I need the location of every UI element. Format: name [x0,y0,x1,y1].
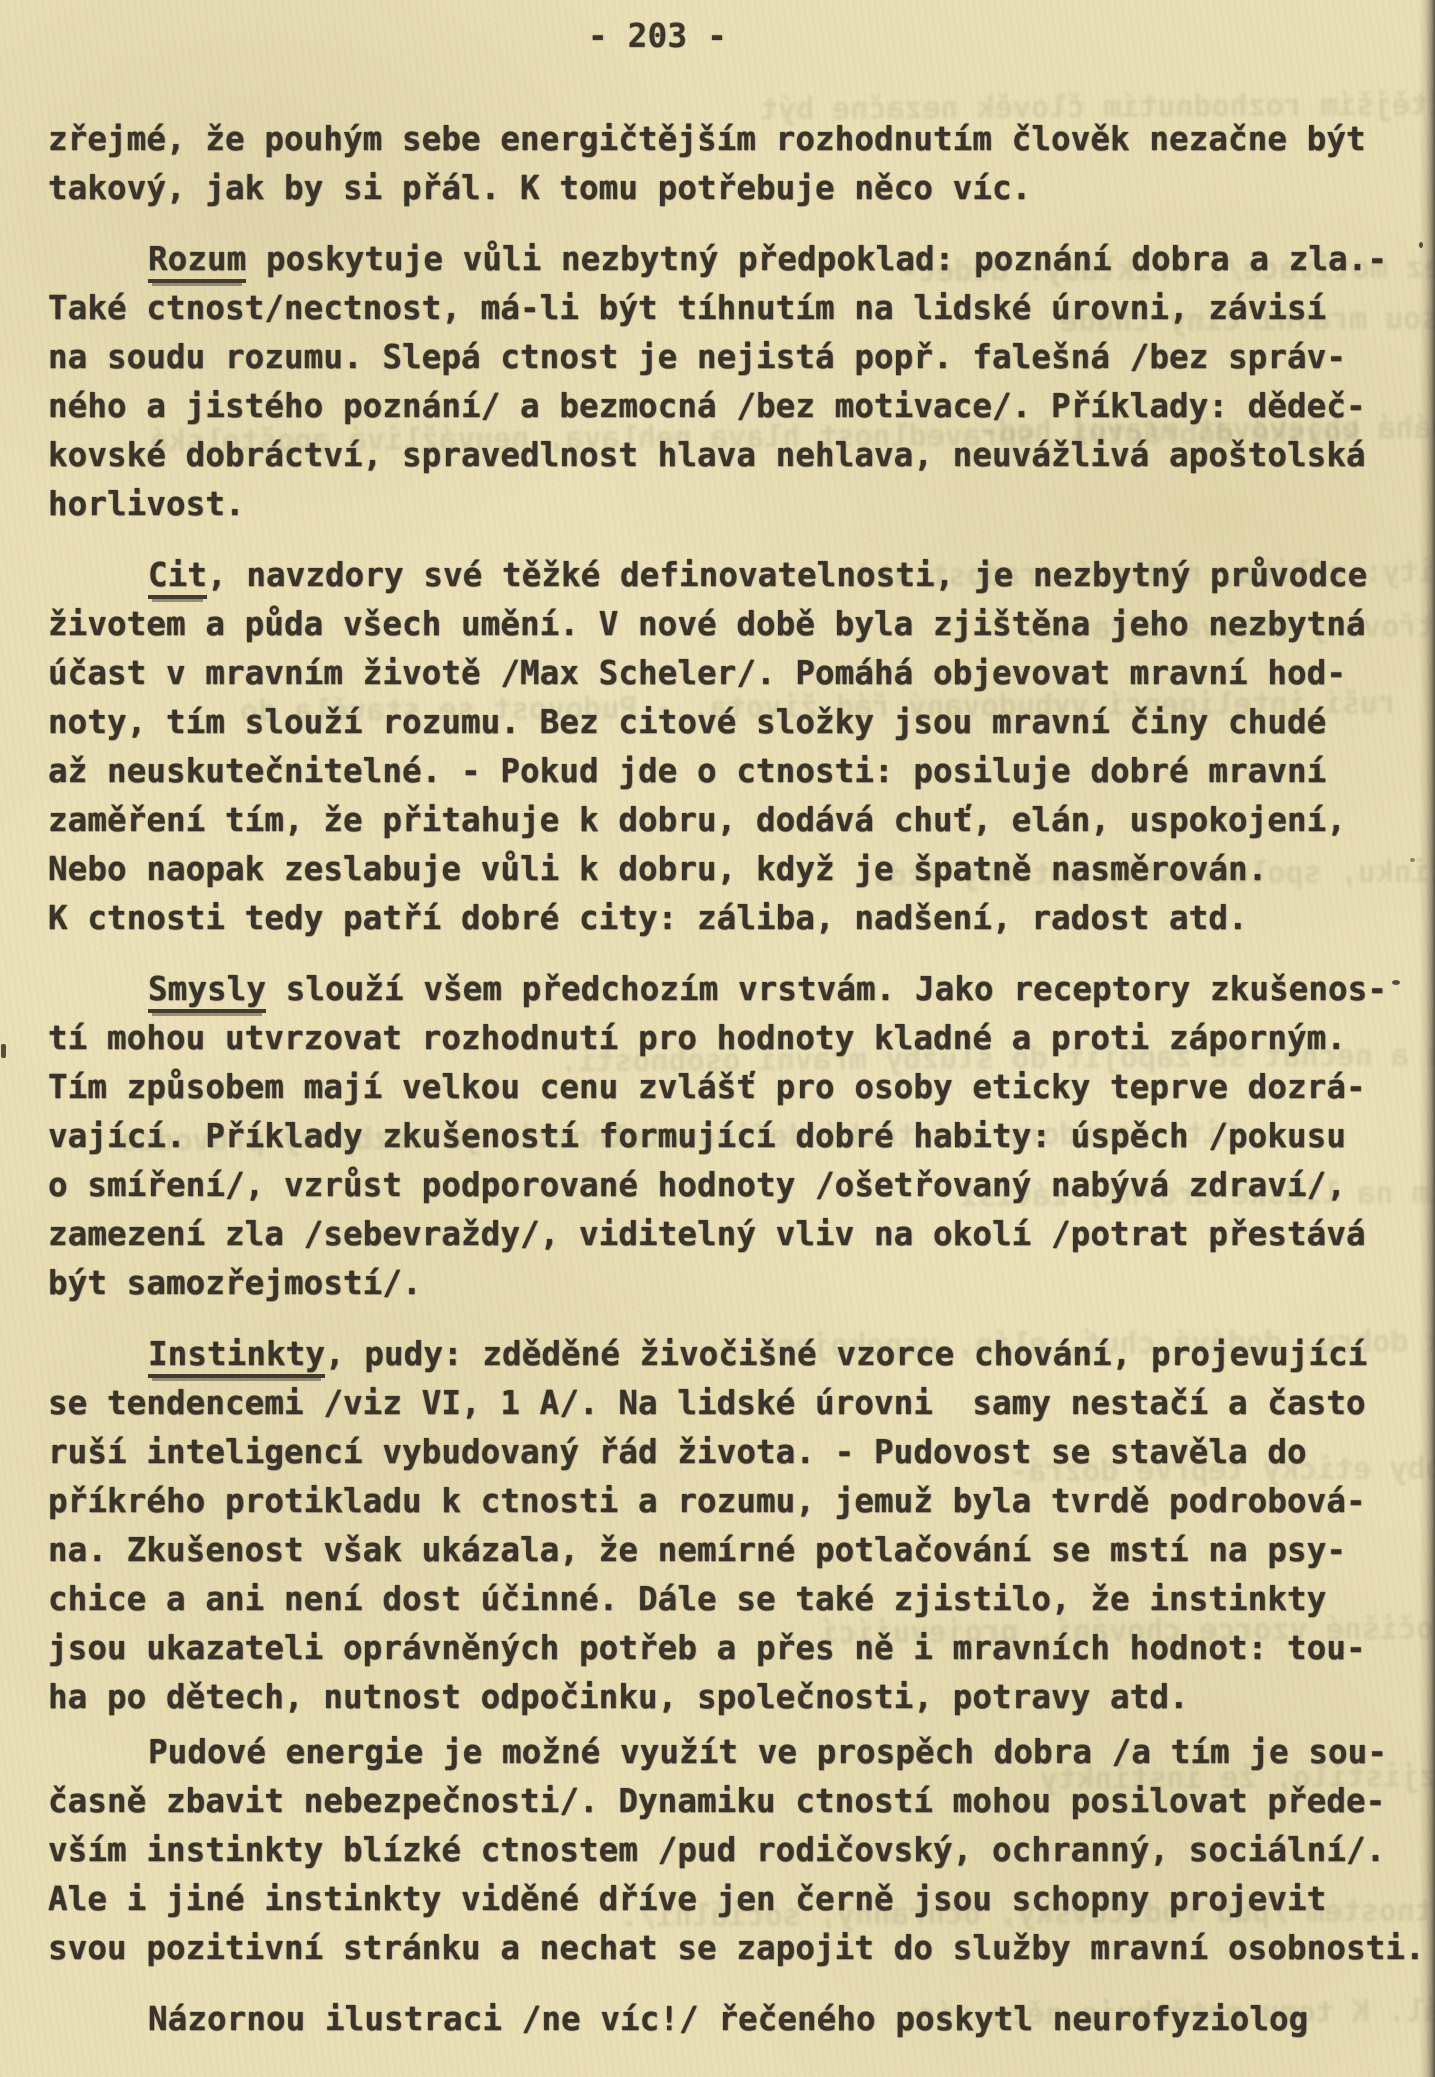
page-number: - 203 - [588,12,727,61]
text-line: Smysly slouží všem předchozím vrstvám. J… [48,965,1427,1014]
text-line: Rozum poskytuje vůli nezbytný předpoklad… [48,235,1427,284]
ink-speck [1419,242,1423,248]
text-line: ruší inteligencí vybudovaný řád života. … [48,1428,1427,1477]
underlined-term: Instinkty [148,1335,325,1378]
text-line: ha po dětech, nutnost odpočinku, společn… [48,1673,1427,1722]
text-line: životem a půda všech umění. V nové době … [48,600,1427,649]
text-line: chice a ani není dost účinné. Dále se ta… [48,1575,1427,1624]
underlined-term: Smysly [148,970,266,1013]
paragraph: zřejmé, že pouhým sebe energičtějším roz… [48,115,1427,213]
text-line: o smíření/, vzrůst podporované hodnoty /… [48,1161,1427,1210]
text-line: na soudu rozumu. Slepá ctnost je nejistá… [48,333,1427,382]
text-line: účast v mravním životě /Max Scheler/. Po… [48,649,1427,698]
text-line: být samozřejmostí/. [48,1259,1427,1308]
text-line: vším instinkty blízké ctnostem /pud rodi… [48,1826,1427,1875]
paragraph: Cit, navzdory své těžké definovatelnosti… [48,551,1427,943]
text-line: jsou ukazateli oprávněných potřeb a přes… [48,1624,1427,1673]
text-line: příkrého protikladu k ctnosti a rozumu, … [48,1477,1427,1526]
text-line: Nebo naopak zeslabuje vůli k dobru, když… [48,845,1427,894]
text-line: Cit, navzdory své těžké definovatelnosti… [48,551,1427,600]
text-line: časně zbavit nebezpečnosti/. Dynamiku ct… [48,1777,1427,1826]
text-line: takový, jak by si přál. K tomu potřebuje… [48,164,1427,213]
text-line: na. Zkušenost však ukázala, že nemírné p… [48,1526,1427,1575]
text-line: kovské dobráctví, spravedlnost hlava neh… [48,431,1427,480]
text-line: K ctnosti tedy patří dobré city: záliba,… [48,894,1427,943]
text-line: až neuskutečnitelné. - Pokud jde o ctnos… [48,747,1427,796]
text-line: Pudové energie je možné využít ve prospě… [48,1728,1427,1777]
ink-speck [1,1044,6,1058]
document-body: zřejmé, že pouhým sebe energičtějším roz… [48,115,1427,2044]
text-line: tí mohou utvrzovat rozhodnutí pro hodnot… [48,1014,1427,1063]
text-line: Názornou ilustraci /ne víc!/ řečeného po… [48,1995,1427,2044]
text-line: Ale i jiné instinkty viděné dříve jen če… [48,1875,1427,1924]
text-line: horlivost. [48,480,1427,529]
text-line: ného a jistého poznání/ a bezmocná /bez … [48,382,1427,431]
text-line: Instinkty, pudy: zděděné živočišné vzorc… [48,1330,1427,1379]
text-line: Také ctnost/nectnost, má-li být tíhnutím… [48,284,1427,333]
scanned-typewritten-page: zřejmé, že pouhým sebe energičtějším roz… [0,0,1435,2077]
underlined-term: Cit [148,556,207,599]
paragraph: Smysly slouží všem předchozím vrstvám. J… [48,965,1427,1308]
text-line: Tím způsobem mají velkou cenu zvlášť pro… [48,1063,1427,1112]
ink-speck [1410,858,1415,862]
text-line: zaměření tím, že přitahuje k dobru, dodá… [48,796,1427,845]
text-line: vající. Příklady zkušeností formující do… [48,1112,1427,1161]
text-line: svou pozitivní stránku a nechat se zapoj… [48,1924,1427,1973]
paragraph: Instinkty, pudy: zděděné živočišné vzorc… [48,1330,1427,1722]
text-line: zamezení zla /sebevraždy/, viditelný vli… [48,1210,1427,1259]
paragraph: Rozum poskytuje vůli nezbytný předpoklad… [48,235,1427,529]
paragraph: Názornou ilustraci /ne víc!/ řečeného po… [48,1995,1427,2044]
paragraph: Pudové energie je možné využít ve prospě… [48,1728,1427,1973]
text-line: noty, tím slouží rozumu. Bez citové slož… [48,698,1427,747]
underlined-term: Rozum [148,240,246,283]
ink-speck [1392,980,1400,985]
text-line: se tendencemi /viz VI, 1 A/. Na lidské ú… [48,1379,1427,1428]
text-line: zřejmé, že pouhým sebe energičtějším roz… [48,115,1427,164]
